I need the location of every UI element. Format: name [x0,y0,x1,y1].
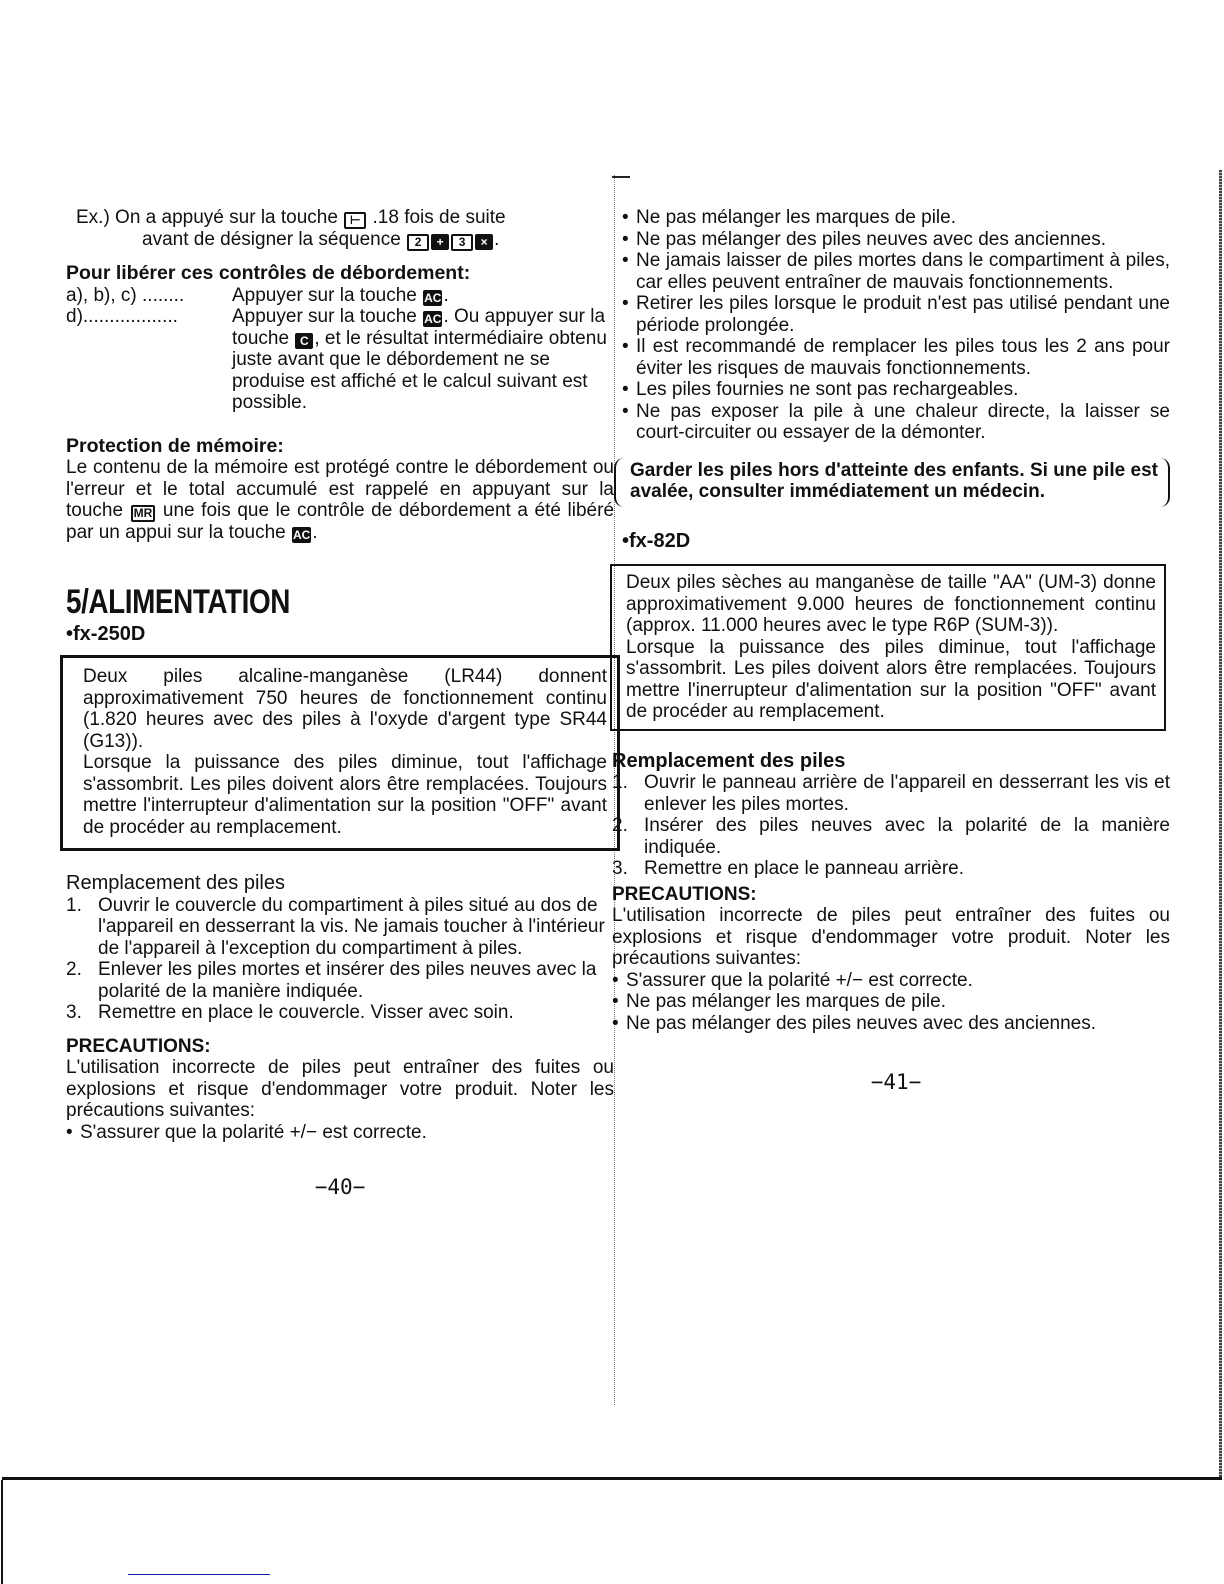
example-line1-end: .18 fois de suite [373,207,506,228]
bullet-icon: • [622,293,629,315]
memory-protection-heading: Protection de mémoire: [66,436,614,458]
key-3-icon: 3 [451,234,473,251]
tip-text: Les piles fournies ne sont pas rechargea… [636,379,1018,400]
right-page: •Ne pas mélanger les marques de pile. •N… [622,207,1170,1094]
key-2-icon: 2 [407,234,429,251]
mr-key-icon: MR [131,505,156,522]
ac-key-icon: AC [423,290,442,306]
page-number-40: −40− [66,1177,614,1199]
example-line1-start: Ex.) On a appuyé sur la touche [76,207,338,228]
step-number: 1. [612,772,628,794]
mode-key-icon: ⊢ [344,212,366,229]
power-info-p1: Deux piles alcaline-manganèse (LR44) don… [83,666,607,752]
scan-edge-right [1219,170,1222,1478]
model-label-fx250d: •fx-250D [66,624,614,646]
bullet-icon: • [622,336,629,358]
example-period: . [494,229,499,250]
overflow-row-abc: a), b), c) ........ Appuyer sur la touch… [66,285,614,307]
power-info-p1: Deux piles sèches au manganèse de taille… [626,572,1156,637]
c-key-icon: C [295,333,313,349]
power-info-box: Deux piles alcaline-manganèse (LR44) don… [60,655,620,851]
precautions-intro: L'utilisation incorrecte de piles peut e… [612,905,1170,970]
row-text: Appuyer sur la touche [232,285,417,306]
precaution-item: •Ne pas mélanger des piles neuves avec d… [612,1013,1170,1035]
step-text: Enlever les piles mortes et insérer des … [98,959,596,1002]
tip-item: •Retirer les piles lorsque le produit n'… [622,293,1170,336]
example-line2-start: avant de désigner la séquence [142,229,401,250]
step-text: Ouvrir le couvercle du compartiment à pi… [98,895,605,959]
memory-protection-end: . [312,522,317,543]
tip-text: Retirer les piles lorsque le produit n'e… [636,293,1170,336]
replacement-step: 3.Remettre en place le panneau arrière. [612,858,1170,880]
step-number: 1. [66,895,82,917]
tip-text: Ne pas exposer la pile à une chaleur dir… [636,401,1170,444]
multiply-key-icon: × [475,234,493,250]
step-text: Insérer des piles neuves avec la polarit… [644,815,1170,858]
precaution-item: •S'assurer que la polarité +/− est corre… [612,970,1170,992]
replacement-step: 2.Insérer des piles neuves avec la polar… [612,815,1170,858]
scan-edge-bottom [2,1477,1222,1480]
model-label-fx82d: •fx-82D [622,531,1170,553]
child-safety-warning: Garder les piles hors d'atteinte des enf… [614,458,1170,507]
overflow-release-section: Pour libérer ces contrôles de débordemen… [66,263,614,414]
stray-blue-line [128,1574,270,1575]
step-text: Ouvrir le panneau arrière de l'appareil … [644,772,1170,815]
bullet-icon: • [622,229,629,251]
scan-edge-left [1,1480,3,1584]
gutter-tick-mark [612,176,630,178]
precaution-text: S'assurer que la polarité +/− est correc… [626,970,973,991]
plus-key-icon: + [431,234,449,250]
replacement-heading: Remplacement des piles [612,751,1170,773]
precaution-text: S'assurer que la polarité +/− est correc… [80,1122,427,1143]
replacement-step: 3.Remettre en place le couvercle. Visser… [66,1002,614,1024]
tip-item: •Ne pas mélanger les marques de pile. [622,207,1170,229]
step-number: 3. [612,858,628,880]
tip-text: Il est recommandé de remplacer les piles… [636,336,1170,379]
memory-protection-section: Protection de mémoire: Le contenu de la … [66,436,614,544]
battery-tips-list: •Ne pas mélanger les marques de pile. •N… [622,207,1170,444]
section-title: 5/ALIMENTATION [66,582,515,622]
step-number: 2. [612,815,628,837]
bullet-icon: • [622,207,629,229]
tip-item: •Il est recommandé de remplacer les pile… [622,336,1170,379]
tip-text: Ne pas mélanger des piles neuves avec de… [636,229,1106,250]
precaution-item: •S'assurer que la polarité +/− est corre… [66,1122,614,1144]
precautions-intro: L'utilisation incorrecte de piles peut e… [66,1057,614,1122]
replacement-heading: Remplacement des piles [66,873,614,895]
overflow-row-d: d).................. Appuyer sur la touc… [66,306,614,414]
replacement-section-right: Remplacement des piles 1.Ouvrir le panne… [612,751,1170,880]
ac-key-icon: AC [292,527,311,543]
row-text-cont-end: , et le résultat intermédiaire obtenu ju… [232,328,607,414]
bullet-icon: • [612,970,619,992]
bullet-icon: • [66,1122,73,1144]
bullet-icon: • [622,250,629,272]
overflow-release-heading: Pour libérer ces contrôles de débordemen… [66,263,614,285]
precautions-heading: PRECAUTIONS: [612,884,1170,906]
row-text-end: . Ou appuyer [443,306,553,327]
row-text: Appuyer sur la touche [232,306,417,327]
power-info-p2: Lorsque la puissance des piles diminue, … [83,752,607,838]
example-block: Ex.) On a appuyé sur la touche ⊢ .18 foi… [66,207,614,251]
bullet-icon: • [612,1013,619,1035]
tip-text: Ne jamais laisser de piles mortes dans l… [636,250,1170,293]
bullet-icon: • [622,401,629,423]
step-text: Remettre en place le panneau arrière. [644,858,964,879]
precaution-text: Ne pas mélanger les marques de pile. [626,991,946,1012]
power-info-box-fx82d: Deux piles sèches au manganèse de taille… [610,564,1166,731]
tip-item: •Les piles fournies ne sont pas recharge… [622,379,1170,401]
precautions-heading: PRECAUTIONS: [66,1036,614,1058]
replacement-step: 1.Ouvrir le panneau arrière de l'apparei… [612,772,1170,815]
precautions-section: PRECAUTIONS: L'utilisation incorrecte de… [66,1036,614,1144]
replacement-step: 1.Ouvrir le couvercle du compartiment à … [66,895,614,960]
row-label: d).................. [66,306,232,414]
power-info-p2: Lorsque la puissance des piles diminue, … [626,637,1156,723]
precaution-item: •Ne pas mélanger les marques de pile. [612,991,1170,1013]
step-text: Remettre en place le couvercle. Visser a… [98,1002,514,1023]
left-page: Ex.) On a appuyé sur la touche ⊢ .18 foi… [66,207,614,1199]
step-number: 3. [66,1002,82,1024]
tip-text: Ne pas mélanger les marques de pile. [636,207,956,228]
tip-item: •Ne pas exposer la pile à une chaleur di… [622,401,1170,444]
replacement-step: 2.Enlever les piles mortes et insérer de… [66,959,614,1002]
ac-key-icon: AC [423,311,442,327]
row-text-end: . [443,285,448,306]
precaution-text: Ne pas mélanger des piles neuves avec de… [626,1013,1096,1034]
replacement-section: Remplacement des piles 1.Ouvrir le couve… [66,873,614,1024]
page-number-41: −41− [622,1072,1170,1094]
row-label: a), b), c) ........ [66,285,232,307]
tip-item: •Ne pas mélanger des piles neuves avec d… [622,229,1170,251]
tip-item: •Ne jamais laisser de piles mortes dans … [622,250,1170,293]
bullet-icon: • [612,991,619,1013]
step-number: 2. [66,959,82,981]
bullet-icon: • [622,379,629,401]
precautions-section-right: PRECAUTIONS: L'utilisation incorrecte de… [612,884,1170,1035]
